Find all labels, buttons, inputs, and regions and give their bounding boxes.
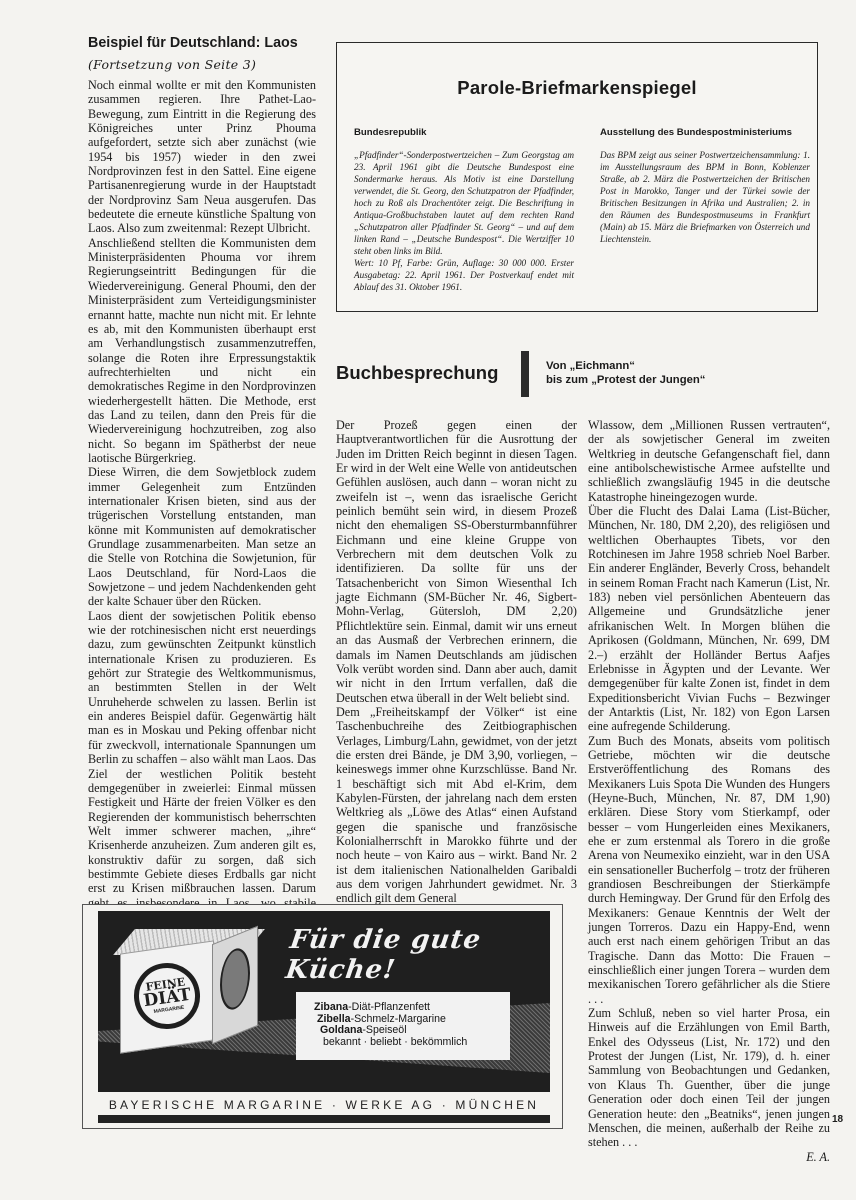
paragraph: Zum Schluß, neben so viel harter Prosa, … xyxy=(588,1006,830,1149)
paragraph: Über die Flucht des Dalai Lama (List-Büc… xyxy=(588,504,830,734)
section-heading: Ausstellung des Bundespostministeriums xyxy=(600,127,810,138)
stamp-section-ausstellung: Ausstellung des Bundespostministeriums D… xyxy=(600,127,810,245)
page-number: 18 xyxy=(832,1114,843,1125)
ad-product-list: Zibana-Diät-Pflanzenfett Zibella-Schmelz… xyxy=(296,992,510,1060)
review-column-right: Wlassow, dem „Millionen Russen vertraute… xyxy=(588,418,830,1164)
margarine-advertisement: FEINE DIÄT MARGARINE Für die gute Küche!… xyxy=(82,904,563,1129)
ad-bottom-bar xyxy=(98,1115,550,1123)
paragraph: Zum Buch des Monats, abseits vom politis… xyxy=(588,734,830,1007)
stamp-box-title: Parole-Briefmarkenspiegel xyxy=(337,77,817,99)
stamp-column-box: Parole-Briefmarkenspiegel Bundesrepublik… xyxy=(336,42,818,312)
review-column-middle: Der Prozeß gegen einen der Hauptverantwo… xyxy=(336,418,577,906)
section-text: Das BPM zeigt aus seiner Postwertzeichen… xyxy=(600,149,810,245)
author-signature: E. A. xyxy=(806,1150,830,1164)
paragraph: Diese Wirren, die dem Sowjetblock zudem … xyxy=(88,465,316,608)
article-body: Noch einmal wollte er mit den Kommuniste… xyxy=(88,78,316,924)
stamp-section-bundesrepublik: Bundesrepublik „Pfadfinder“-Sonderpostwe… xyxy=(354,127,574,293)
article-title: Beispiel für Deutschland: Laos xyxy=(88,35,316,51)
ad-dark-panel: FEINE DIÄT MARGARINE Für die gute Küche!… xyxy=(98,911,550,1092)
paragraph: Noch einmal wollte er mit den Kommuniste… xyxy=(88,78,316,236)
review-title: Buchbesprechung xyxy=(336,362,498,384)
section-text: „Pfadfinder“-Sonderpostwertzeichen – Zum… xyxy=(354,149,574,257)
review-subtitle: Von „Eichmann“ bis zum „Protest der Jung… xyxy=(546,359,705,387)
ad-company-name: BAYERISCHE MARGARINE · WERKE AG · MÜNCHE… xyxy=(98,1098,550,1112)
paragraph: Laos dient der sowjetischen Politik eben… xyxy=(88,609,316,925)
paragraph: Wlassow, dem „Millionen Russen vertraute… xyxy=(588,418,830,504)
section-heading: Bundesrepublik xyxy=(354,127,574,138)
subtitle-line: bis zum „Protest der Jungen“ xyxy=(546,373,705,387)
subtitle-line: Von „Eichmann“ xyxy=(546,359,705,373)
left-article: Beispiel für Deutschland: Laos (Fortsetz… xyxy=(88,35,316,924)
paragraph: Anschließend stellten die Kommunisten de… xyxy=(88,236,316,466)
ad-tagline: bekannt · beliebt · bekömmlich xyxy=(314,1037,510,1049)
paragraph: Der Prozeß gegen einen der Hauptverantwo… xyxy=(336,418,577,705)
paragraph: Dem „Freiheitskampf der Völker“ ist eine… xyxy=(336,705,577,906)
heading-divider-bar xyxy=(521,351,529,397)
continuation-note: (Fortsetzung von Seite 3) xyxy=(88,57,316,72)
section-text-details: Wert: 10 Pf, Farbe: Grün, Auflage: 30 00… xyxy=(354,257,574,293)
ad-slogan: Für die gute Küche! xyxy=(284,925,550,985)
